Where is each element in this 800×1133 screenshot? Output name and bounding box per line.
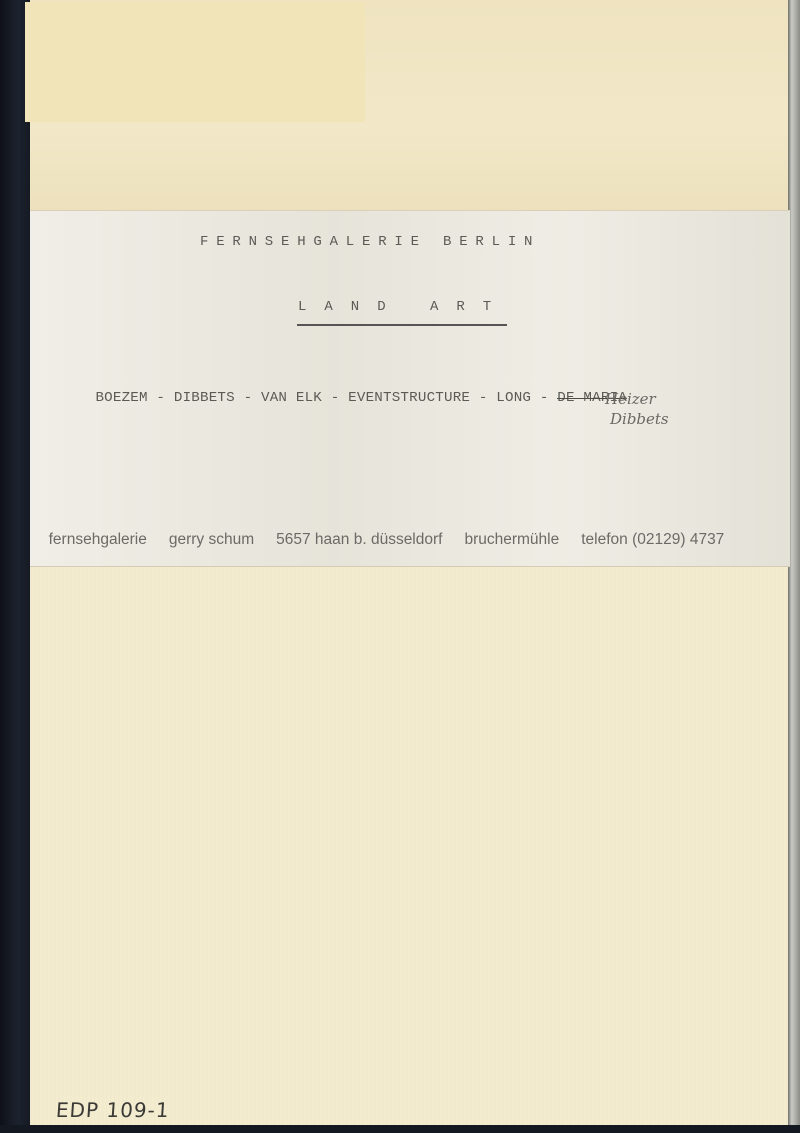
gallery-address-line: fernsehgaleriegerry schum5657 haan b. dü… (40, 513, 746, 549)
artist-list: BOEZEM - DIBBETS - VAN ELK - EVENTSTRUCT… (78, 374, 627, 406)
bottom-edge (0, 1125, 800, 1133)
handwritten-addition: Dibbets (610, 410, 669, 428)
gallery-title: FERNSEHGALERIE BERLIN (200, 234, 540, 250)
footer-owner: gerry schum (169, 531, 254, 548)
handwritten-addition: Heizer (605, 390, 656, 408)
exhibit-title: LAND ART (298, 299, 509, 315)
artist-list-text: BOEZEM - DIBBETS - VAN ELK - EVENTSTRUCT… (95, 390, 557, 406)
title-underline (297, 324, 507, 326)
binding-spine (0, 0, 30, 1133)
redaction-block (25, 2, 365, 122)
footer-phone: telefon (02129) 4737 (581, 531, 724, 548)
footer-name: fernsehgalerie (49, 531, 147, 548)
footer-location: bruchermühle (464, 531, 559, 548)
footer-address: 5657 haan b. düsseldorf (276, 531, 442, 548)
archive-mark: EDP 109-1 (55, 1098, 170, 1122)
